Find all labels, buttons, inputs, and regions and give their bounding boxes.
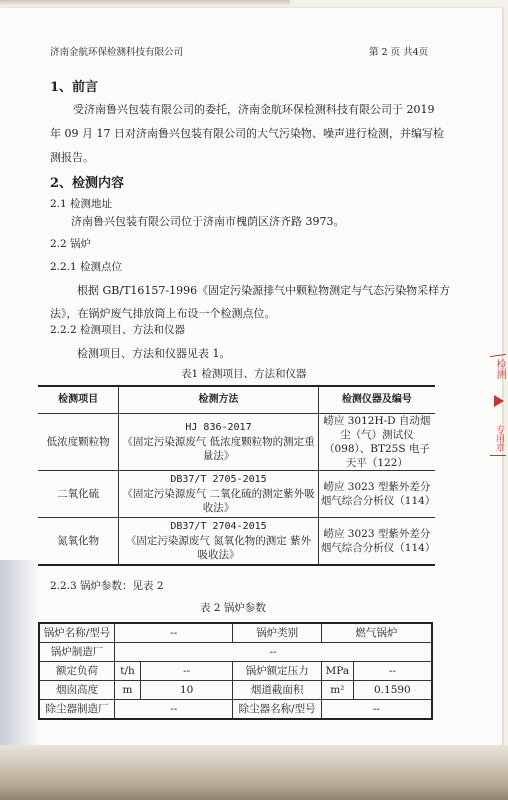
stamp-mark-icon [494, 395, 504, 407]
boiler-name-value: -- [115, 623, 233, 643]
section-1-para-line-3: 测报告。 [50, 149, 94, 165]
section-2-1-title: 2.1 检测地址 [50, 196, 112, 211]
section-1-para-line-2: 年 09 月 17 日对济南鲁兴包装有限公司的大气污染物、噪声进行检测，并编写检 [50, 125, 444, 141]
section-2-2-title: 2.2 锅炉 [50, 236, 91, 251]
section-2-2-1-line-2: 法》，在锅炉废气排放筒上布设一个检测点位。 [50, 305, 276, 321]
rated-load-label: 额定负荷 [39, 662, 115, 681]
section-1-title: 1、前言 [50, 76, 98, 95]
table-row: 烟囱高度 m 10 烟道截面积 m² 0.1590 [39, 681, 432, 700]
chimney-height-label: 烟囱高度 [39, 681, 115, 700]
section-2-2-2-text: 检测项目、方法和仪器见表 1。 [77, 345, 231, 361]
section-2-2-1-title: 2.2.1 检测点位 [50, 259, 122, 274]
method-code: DB37/T 2705-2015 [121, 473, 316, 487]
dust-collector-manufacturer-value: -- [115, 700, 233, 720]
rated-pressure-value: -- [353, 662, 432, 681]
table-1-cell-item: 二氧化硫 [38, 471, 119, 518]
method-name: 《固定污染源废气 氮氧化物的测定 紫外吸收法》 [121, 534, 316, 562]
table-1-detection-items: 检测项目 检测方法 检测仪器及编号 低浓度颗粒物 HJ 836-2017 《固定… [38, 385, 435, 566]
table-1-header-item: 检测项目 [38, 386, 119, 414]
table-2-boiler-parameters: 锅炉名称/型号 -- 锅炉类别 燃气锅炉 锅炉制造厂 -- 额定负荷 t/h -… [38, 622, 433, 720]
table-row: 锅炉制造厂 -- [39, 643, 432, 662]
table-2-caption: 表 2 锅炉参数 [200, 600, 266, 615]
boiler-name-label: 锅炉名称/型号 [39, 623, 115, 643]
table-1-header-method: 检测方法 [119, 386, 319, 414]
method-name: 《固定污染源废气 二氧化硫的测定紫外吸收法》 [121, 487, 316, 515]
dust-collector-model-label: 除尘器名称/型号 [233, 700, 321, 720]
table-row: 额定负荷 t/h -- 锅炉额定压力 MPa -- [39, 662, 432, 681]
section-2-2-2-title: 2.2.2 检测项目、方法和仪器 [50, 322, 185, 337]
table-1-cell-method: DB37/T 2704-2015 《固定污染源废气 氮氧化物的测定 紫外吸收法》 [119, 518, 319, 566]
rated-pressure-unit: MPa [321, 662, 353, 681]
table-1-cell-method: DB37/T 2705-2015 《固定污染源废气 二氧化硫的测定紫外吸收法》 [119, 471, 319, 518]
dust-collector-model-value: -- [321, 700, 432, 720]
table-row: 低浓度颗粒物 HJ 836-2017 《固定污染源废气 低浓度颗粒物的测定重量法… [38, 414, 435, 471]
table-1-cell-instrument: 崂应 3012H-D 自动烟尘（气）测试仪（098）、BT25S 电子天平（12… [318, 414, 435, 471]
table-1-cell-method: HJ 836-2017 《固定污染源废气 低浓度颗粒物的测定重量法》 [119, 414, 319, 471]
stamp-border-top [490, 354, 506, 357]
table-row: 二氧化硫 DB37/T 2705-2015 《固定污染源废气 二氧化硫的测定紫外… [38, 471, 435, 518]
table-1-cell-item: 氮氧化物 [38, 518, 119, 566]
red-seal-stamp: 检测 专用章 [486, 355, 508, 460]
flue-area-unit: m² [321, 681, 353, 700]
header-company: 济南金航环保检测科技有限公司 [50, 44, 183, 58]
table-row: 锅炉名称/型号 -- 锅炉类别 燃气锅炉 [39, 623, 432, 643]
section-2-2-1-line-1: 根据 GB/T16157-1996《固定污染源排气中颗粒物测定与气态污染物采样方 [77, 282, 450, 298]
section-1-para-line-1: 受济南鲁兴包装有限公司的委托，济南金航环保检测科技有限公司于 2019 [73, 101, 435, 117]
boiler-manufacturer-label: 锅炉制造厂 [39, 643, 115, 662]
section-2-2-3-title: 2.2.3 锅炉参数：见表 2 [50, 578, 164, 593]
chimney-height-unit: m [115, 681, 141, 700]
table-1-caption: 表1 检测项目、方法和仪器 [181, 366, 307, 381]
section-2-title: 2、检测内容 [50, 172, 124, 191]
boiler-type-value: 燃气锅炉 [321, 623, 432, 643]
boiler-manufacturer-value: -- [115, 643, 432, 662]
flue-area-value: 0.1590 [353, 681, 432, 700]
flue-area-label: 烟道截面积 [233, 681, 321, 700]
stamp-text-bottom: 专用章 [493, 425, 505, 452]
section-2-1-text: 济南鲁兴包装有限公司位于济南市槐荫区济齐路 3973。 [71, 213, 345, 229]
rated-load-value: -- [140, 662, 232, 681]
scan-edge-shadow-top [0, 0, 290, 6]
rated-pressure-label: 锅炉额定压力 [233, 662, 321, 681]
stamp-border-bottom [490, 455, 506, 456]
method-name: 《固定污染源废气 低浓度颗粒物的测定重量法》 [121, 435, 316, 463]
table-1-header-row: 检测项目 检测方法 检测仪器及编号 [38, 386, 435, 414]
method-code: DB37/T 2704-2015 [121, 520, 316, 534]
chimney-height-value: 10 [140, 681, 232, 700]
method-code: HJ 836-2017 [121, 421, 316, 435]
table-1-cell-instrument: 崂应 3023 型紫外差分烟气综合分析仪（114） [318, 471, 435, 518]
table-row: 氮氧化物 DB37/T 2704-2015 《固定污染源废气 氮氧化物的测定 紫… [38, 518, 435, 566]
boiler-type-label: 锅炉类别 [233, 623, 321, 643]
table-row: 除尘器制造厂 -- 除尘器名称/型号 -- [39, 700, 432, 720]
table-1-cell-instrument: 崂应 3023 型紫外差分烟气综合分析仪（114） [318, 518, 435, 566]
scan-edge-shadow-bottom [0, 745, 508, 800]
rated-load-unit: t/h [115, 662, 141, 681]
table-1-header-instrument: 检测仪器及编号 [318, 386, 435, 414]
dust-collector-manufacturer-label: 除尘器制造厂 [39, 700, 115, 720]
stamp-text-top: 检测 [493, 359, 505, 379]
table-1-cell-item: 低浓度颗粒物 [38, 414, 119, 471]
scan-shade-left [0, 560, 40, 760]
header-page-indicator: 第 2 页 共4页 [369, 44, 428, 58]
